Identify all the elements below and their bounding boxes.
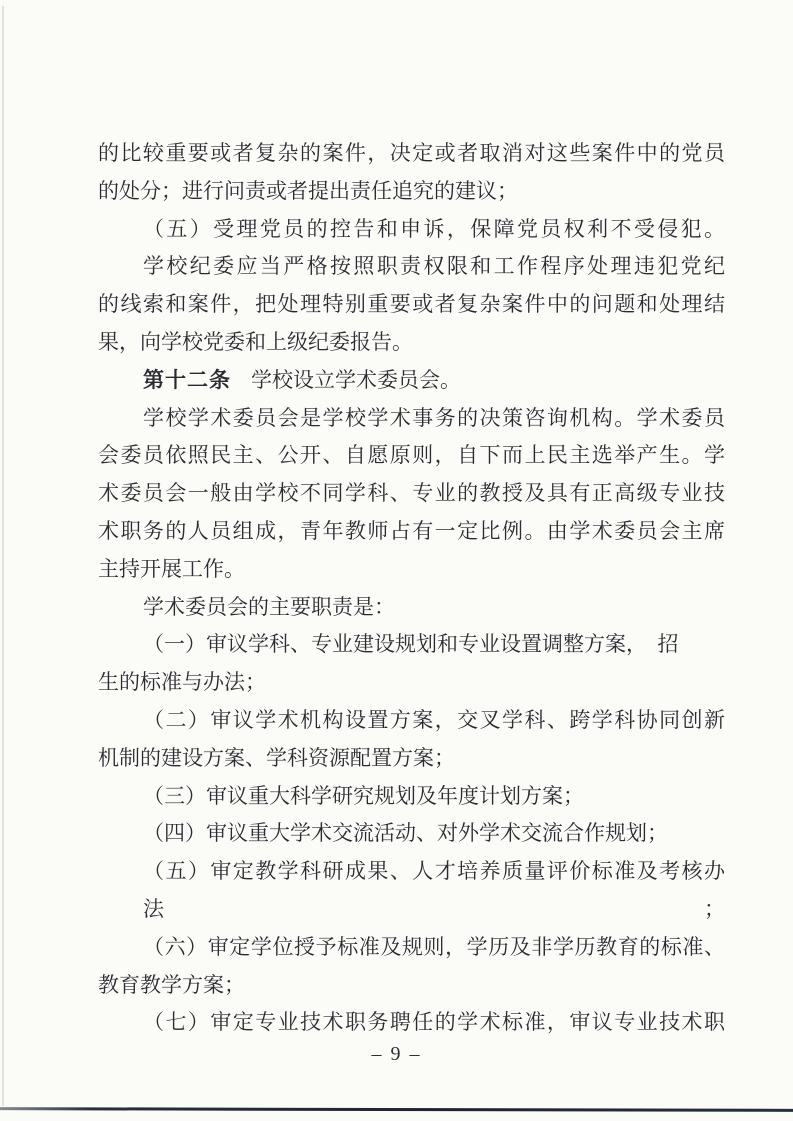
article-number: 第十二条	[143, 369, 231, 392]
text-line: （五）受理党员的控告和申诉，保障党员权利不受侵犯。	[98, 211, 725, 249]
text-line: 的比较重要或者复杂的案件，决定或者取消对这些案件中的党员	[98, 135, 725, 173]
text-line: （二）审议学术机构设置方案，交叉学科、跨学科协同创新	[98, 702, 725, 740]
text-line: 的线索和案件，把处理特别重要或者复杂案件中的问题和处理结	[98, 286, 725, 324]
document-body: 的比较重要或者复杂的案件，决定或者取消对这些案件中的党员的处分；进行问责或者提出…	[98, 135, 725, 1042]
scan-bottom-rule	[0, 1107, 793, 1112]
text-line: （四）审议重大学术交流活动、对外学术交流合作规划；	[98, 815, 725, 853]
text-line: 的处分；进行问责或者提出责任追究的建议；	[98, 173, 725, 211]
text-line: 会委员依照民主、公开、自愿原则，自下而上民主选举产生。学	[98, 437, 725, 475]
text-line: 学校纪委应当严格按照职责权限和工作程序处理违犯党纪	[98, 248, 725, 286]
text-line: （三）审议重大科学研究规划及年度计划方案；	[98, 778, 725, 816]
page-footer: – 9 –	[0, 1038, 793, 1070]
document-page: 的比较重要或者复杂的案件，决定或者取消对这些案件中的党员的处分；进行问责或者提出…	[0, 0, 793, 1121]
text-line: 果，向学校党委和上级纪委报告。	[98, 324, 725, 362]
text-line: 术职务的人员组成，青年教师占有一定比例。由学术委员会主席	[98, 513, 725, 551]
scan-edge-line	[2, 6, 4, 1106]
text-line: 教育教学方案；	[98, 967, 725, 1005]
text-line: 生的标准与办法；	[98, 664, 725, 702]
page-number: – 9 –	[372, 1043, 422, 1065]
text-line: 术委员会一般由学校不同学科、专业的教授及具有正高级专业技	[98, 475, 725, 513]
text-line: 主持开展工作。	[98, 551, 725, 589]
text-line: （一）审议学科、专业建设规划和专业设置调整方案， 招	[98, 626, 725, 664]
text-line: （五）审定教学科研成果、人才培养质量评价标准及考核办法；	[98, 853, 725, 929]
text-line: 学校学术委员会是学校学术事务的决策咨询机构。学术委员	[98, 400, 725, 438]
text-line: 第十二条学校设立学术委员会。	[98, 362, 725, 400]
text-line: （六）审定学位授予标准及规则，学历及非学历教育的标准、	[98, 929, 725, 967]
text-line: 学术委员会的主要职责是：	[98, 589, 725, 627]
text-line: （七）审定专业技术职务聘任的学术标准，审议专业技术职	[98, 1004, 725, 1042]
article-text: 学校设立学术委员会。	[251, 368, 461, 392]
text-line: 机制的建设方案、学科资源配置方案；	[98, 740, 725, 778]
